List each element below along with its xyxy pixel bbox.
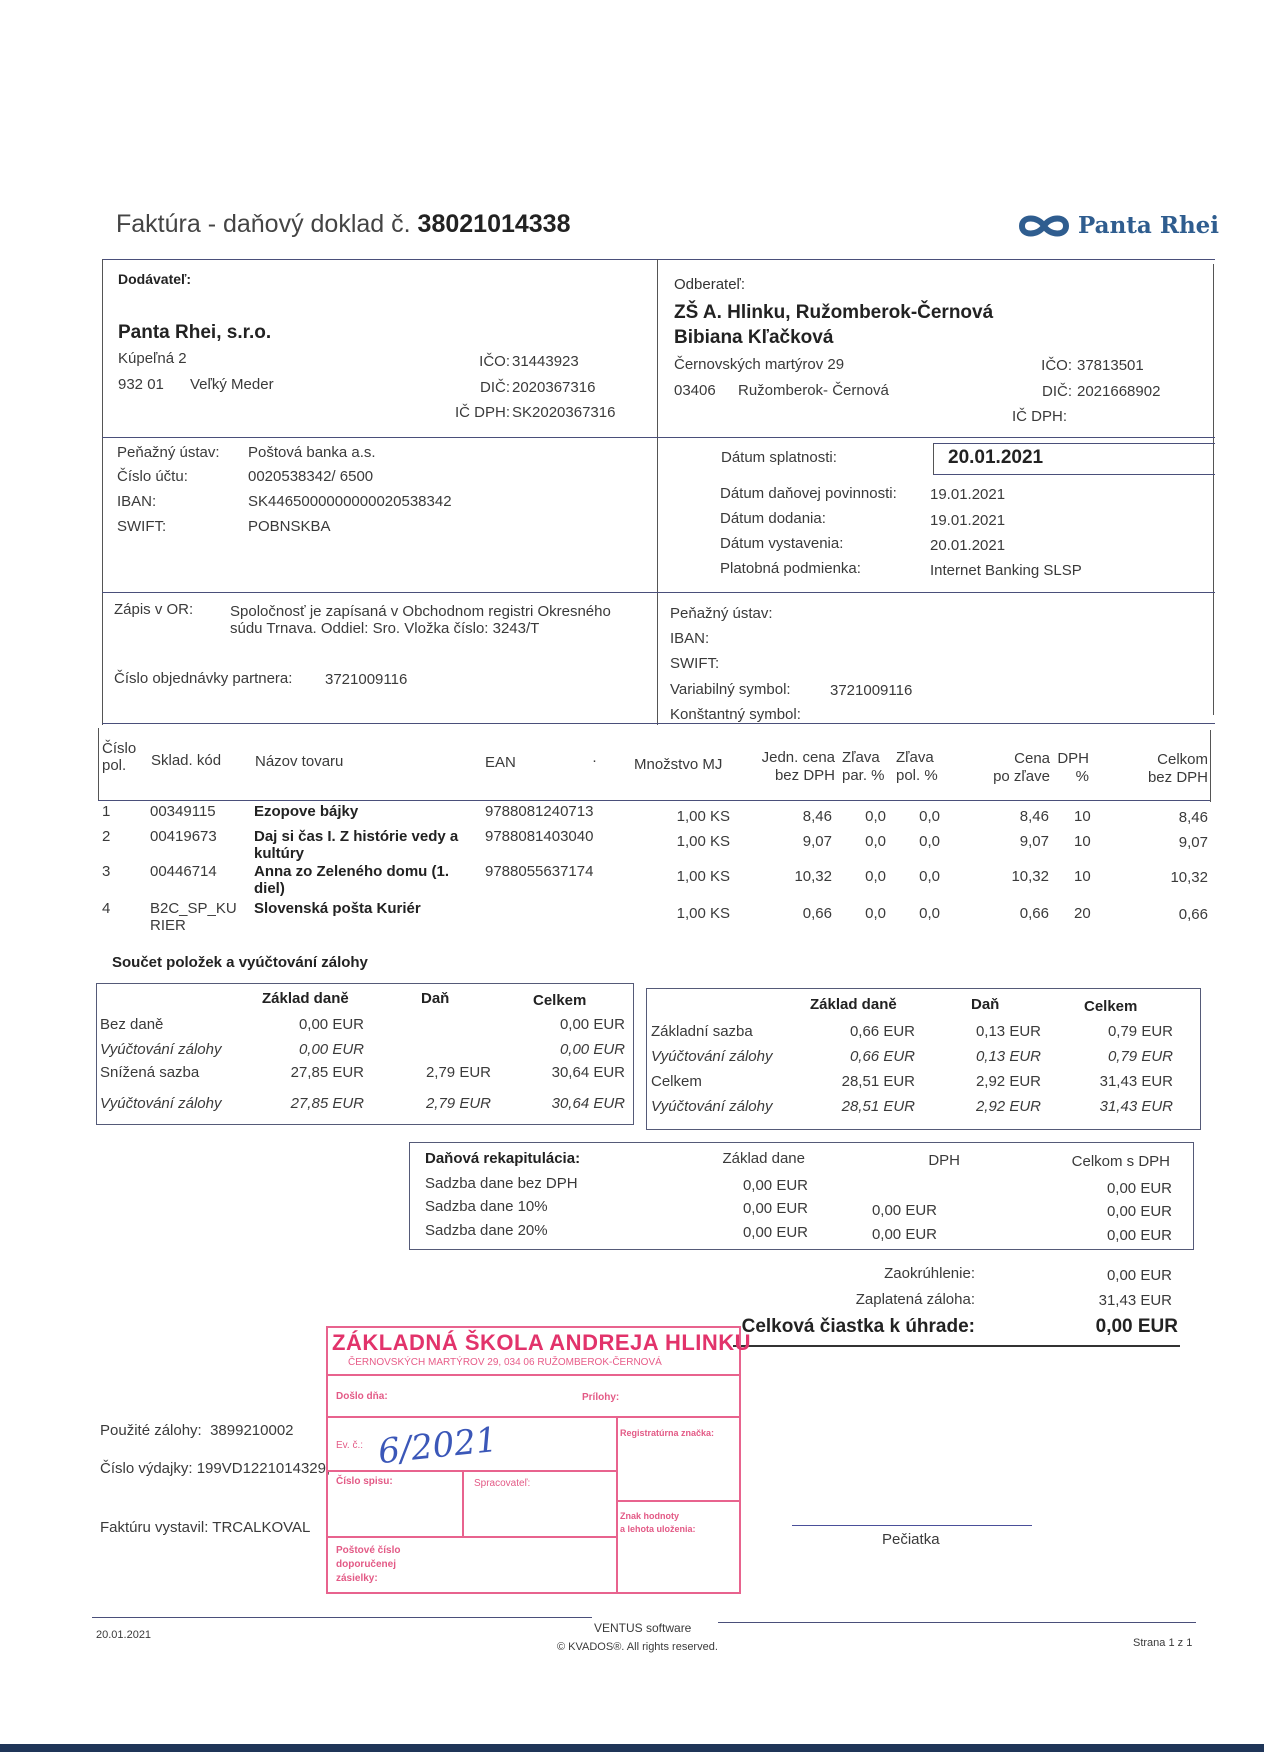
summary-row-label: Bez daně	[100, 1016, 163, 1033]
recap-header-total: Celkom s DPH	[1030, 1153, 1170, 1170]
recap-title: Daňová rekapitulácia:	[425, 1150, 580, 1167]
supplier-label: Dodávateľ:	[118, 271, 191, 287]
variable-symbol-label: Variabilný symbol:	[670, 681, 791, 698]
recap-row-label: Sadzba dane bez DPH	[425, 1175, 578, 1192]
item-code: B2C_SP_KU	[150, 900, 237, 917]
supplier-ico: 31443923	[512, 353, 579, 370]
supplier-dic-label: DIČ:	[440, 379, 510, 396]
summary-row-base: 28,51 EUR	[795, 1073, 915, 1090]
delivery-date: 19.01.2021	[930, 512, 1005, 529]
header-code: Sklad. kód	[151, 752, 221, 769]
used-advances: Použité zálohy: 3899210002	[100, 1422, 294, 1439]
header-price: Cenapo zľave	[975, 750, 1050, 786]
title-prefix: Faktúra - daňový doklad č.	[116, 210, 411, 238]
summary-row-tax: 0,13 EUR	[921, 1023, 1041, 1040]
stamp-title: ZÁKLADNÁ ŠKOLA ANDREJA HLINKU	[332, 1330, 751, 1356]
logo-text: Panta Rhei	[1078, 212, 1219, 239]
recap-row-base: 0,00 EUR	[680, 1224, 808, 1241]
item-vat: 20	[1074, 905, 1091, 922]
dispatch-number: Číslo výdajky: 199VD1221014329,	[100, 1460, 330, 1477]
item-price: 0,66	[975, 905, 1049, 922]
item-qty: 1,00 KS	[640, 808, 730, 825]
tax-date-label: Dátum daňovej povinnosti:	[720, 485, 897, 502]
invoice-number: 38021014338	[418, 210, 571, 238]
summary-header-tax: Daň	[421, 990, 449, 1007]
item-name-cont: diel)	[254, 880, 285, 897]
supplier-icdph: SK2020367316	[512, 404, 615, 421]
item-qty: 1,00 KS	[640, 833, 730, 850]
summary-row-tax: 2,79 EUR	[371, 1095, 491, 1112]
item-price: 9,07	[975, 833, 1049, 850]
stamp-received-label: Došlo dňa:	[336, 1391, 388, 1402]
summary-row-base: 28,51 EUR	[795, 1098, 915, 1115]
item-pos: 2	[102, 828, 110, 845]
stamp-caption: Pečiatka	[882, 1531, 940, 1548]
summary-row-label: Celkem	[651, 1073, 702, 1090]
variable-symbol: 3721009116	[830, 682, 912, 699]
issue-date-label: Dátum vystavenia:	[720, 535, 843, 552]
stamp-ev-label: Ev. č.:	[336, 1440, 363, 1451]
item-ean: 9788081240713	[485, 803, 593, 820]
summary-header-total: Celkem	[1084, 998, 1137, 1015]
summary-row-total: 0,00 EUR	[505, 1016, 625, 1033]
stamp-registry-mark-label: Registratúrna značka:	[620, 1428, 714, 1438]
item-unit-price: 10,32	[760, 868, 832, 885]
item-code: 00419673	[150, 828, 217, 845]
item-discount-par: 0,0	[840, 868, 886, 885]
summary-row-total: 31,43 EUR	[1053, 1073, 1173, 1090]
customer-dic-label: DIČ:	[1000, 383, 1072, 400]
bank-account: 0020538342/ 6500	[248, 468, 373, 485]
summary-row-total: 31,43 EUR	[1053, 1098, 1173, 1115]
customer-dic: 2021668902	[1077, 383, 1160, 400]
customer-ico-label: IČO:	[1000, 357, 1072, 374]
item-total: 0,66	[1120, 906, 1208, 923]
payment-term-label: Platobná podmienka:	[720, 560, 861, 577]
summary-row-tax: 2,92 EUR	[921, 1073, 1041, 1090]
summary-row-base: 27,85 EUR	[244, 1064, 364, 1081]
item-total: 8,46	[1120, 809, 1208, 826]
customer-swift-label: SWIFT:	[670, 655, 719, 672]
customer-bank-label: Peňažný ústav:	[670, 605, 773, 622]
registry-line2: súdu Trnava. Oddiel: Sro. Vložka číslo: …	[230, 620, 539, 637]
item-discount-par: 0,0	[840, 808, 886, 825]
advance-label: Zaplatená záloha:	[780, 1291, 975, 1308]
supplier-city: Veľký Meder	[190, 376, 274, 393]
invoice-title: Faktúra - daňový doklad č. 38021014338	[116, 210, 571, 239]
item-code-cont: RIER	[150, 917, 186, 934]
summary-row-label: Vyúčtování zálohy	[100, 1095, 221, 1112]
order-number-label: Číslo objednávky partnera:	[114, 670, 292, 687]
item-total: 10,32	[1120, 869, 1208, 886]
summary-row-label: Vyúčtování zálohy	[100, 1041, 221, 1058]
header-pos: Číslopol.	[102, 740, 136, 774]
summary-row-tax: 0,13 EUR	[921, 1048, 1041, 1065]
item-discount-par: 0,0	[840, 905, 886, 922]
item-vat: 10	[1074, 868, 1091, 885]
summary-row-label: Základní sazba	[651, 1023, 753, 1040]
advance-value: 31,43 EUR	[1050, 1292, 1172, 1309]
item-unit-price: 0,66	[760, 905, 832, 922]
bank-iban-label: IBAN:	[117, 493, 156, 510]
item-vat: 10	[1074, 808, 1091, 825]
item-code: 00446714	[150, 863, 217, 880]
summary-header-base: Základ daně	[810, 996, 897, 1013]
header-qty: Množstvo MJ	[634, 756, 722, 773]
summary-row-label: Vyúčtování zálohy	[651, 1098, 772, 1115]
payment-term: Internet Banking SLSP	[930, 562, 1082, 579]
supplier-street: Kúpeľná 2	[118, 350, 187, 367]
item-unit-price: 8,46	[760, 808, 832, 825]
customer-street: Černovských martýrov 29	[674, 356, 844, 373]
customer-city: Ružomberok- Černová	[738, 382, 889, 399]
bank-institution-label: Peňažný ústav:	[117, 444, 220, 461]
footer-page: Strana 1 z 1	[1133, 1637, 1192, 1649]
item-discount-pol: 0,0	[892, 833, 940, 850]
due-date: 20.01.2021	[948, 447, 1043, 469]
header-disc-par: Zľavapar. %	[842, 749, 885, 785]
footer-date: 20.01.2021	[96, 1629, 151, 1641]
bank-account-label: Číslo účtu:	[117, 468, 188, 485]
summary-row-total: 30,64 EUR	[505, 1064, 625, 1081]
summary-header-base: Základ daně	[262, 990, 349, 1007]
item-name: Slovenská pošta Kuriér	[254, 900, 421, 917]
header-vat: DPH%	[1055, 750, 1089, 786]
recap-header-vat: DPH	[880, 1152, 960, 1169]
stamp-attachments-label: Prílohy:	[582, 1392, 619, 1403]
summary-row-total: 30,64 EUR	[505, 1095, 625, 1112]
issued-by: Faktúru vystavil: TRCALKOVAL	[100, 1519, 310, 1536]
amount-due-value: 0,00 EUR	[1040, 1316, 1178, 1338]
supplier-ico-label: IČO:	[440, 353, 510, 370]
constant-symbol-label: Konštantný symbol:	[670, 706, 801, 723]
stamp-subtitle: ČERNOVSKÝCH MARTÝROV 29, 034 06 RUŽOMBER…	[348, 1357, 662, 1368]
recap-row-vat: 0,00 EUR	[830, 1226, 937, 1243]
item-name: Daj si čas I. Z histórie vedy a	[254, 828, 458, 845]
item-price: 8,46	[975, 808, 1049, 825]
bank-iban: SK4465000000000020538342	[248, 493, 452, 510]
summary-row-total: 0,79 EUR	[1053, 1048, 1173, 1065]
summary-row-base: 0,66 EUR	[795, 1023, 915, 1040]
customer-icdph-label: IČ DPH:	[1012, 408, 1067, 425]
summary-header-total: Celkem	[533, 992, 586, 1009]
header-dot: ·	[592, 752, 597, 769]
recap-row-base: 0,00 EUR	[680, 1177, 808, 1194]
summary-row-base: 0,00 EUR	[244, 1016, 364, 1033]
item-discount-par: 0,0	[840, 833, 886, 850]
recap-row-total: 0,00 EUR	[1030, 1180, 1172, 1197]
summary-row-label: Snížená sazba	[100, 1064, 199, 1081]
footer-copyright: © KVADOS®. All rights reserved.	[557, 1641, 718, 1653]
summary-row-tax: 2,92 EUR	[921, 1098, 1041, 1115]
item-pos: 3	[102, 863, 110, 880]
customer-ico: 37813501	[1077, 357, 1144, 374]
summary-row-tax: 2,79 EUR	[371, 1064, 491, 1081]
header-name: Názov tovaru	[255, 753, 343, 770]
item-discount-pol: 0,0	[892, 868, 940, 885]
summary-row-label: Vyúčtování zálohy	[651, 1048, 772, 1065]
header-unit-price: Jedn. cenabez DPH	[740, 749, 835, 785]
item-discount-pol: 0,0	[892, 905, 940, 922]
summary-row-base: 27,85 EUR	[244, 1095, 364, 1112]
item-vat: 10	[1074, 833, 1091, 850]
summary-row-total: 0,00 EUR	[505, 1041, 625, 1058]
rounding-label: Zaokrúhlenie:	[780, 1265, 975, 1282]
delivery-date-label: Dátum dodania:	[720, 510, 826, 527]
customer-iban-label: IBAN:	[670, 630, 709, 647]
item-pos: 4	[102, 900, 110, 917]
summary-row-base: 0,00 EUR	[244, 1041, 364, 1058]
item-qty: 1,00 KS	[640, 868, 730, 885]
registry-stamp: ZÁKLADNÁ ŠKOLA ANDREJA HLINKU ČERNOVSKÝC…	[326, 1326, 741, 1594]
tax-date: 19.01.2021	[930, 486, 1005, 503]
item-total: 9,07	[1120, 834, 1208, 851]
supplier-name: Panta Rhei, s.r.o.	[118, 322, 271, 344]
stamp-value-label: Znak hodnotya lehota uloženia:	[620, 1510, 696, 1536]
item-unit-price: 9,07	[760, 833, 832, 850]
item-ean: 9788055637174	[485, 863, 593, 880]
item-discount-pol: 0,0	[892, 808, 940, 825]
item-name: Anna zo Zeleného domu (1.	[254, 863, 449, 880]
infinity-icon	[1018, 213, 1070, 239]
footer-software: VENTUS software	[594, 1621, 691, 1635]
recap-row-label: Sadzba dane 10%	[425, 1198, 548, 1215]
summary-title: Součet položek a vyúčtování zálohy	[112, 954, 368, 971]
scan-edge	[0, 1744, 1264, 1752]
header-total: Celkombez DPH	[1120, 751, 1208, 787]
supplier-dic: 2020367316	[512, 379, 595, 396]
supplier-zip: 932 01	[118, 376, 164, 393]
item-pos: 1	[102, 803, 110, 820]
recap-row-label: Sadzba dane 20%	[425, 1222, 548, 1239]
item-code: 00349115	[150, 803, 216, 820]
stamp-file-label: Číslo spisu:	[336, 1476, 393, 1487]
bank-swift: POBNSKBA	[248, 518, 331, 535]
registry-label: Zápis v OR:	[114, 601, 193, 618]
recap-row-vat: 0,00 EUR	[830, 1202, 937, 1219]
customer-zip: 03406	[674, 382, 716, 399]
registry-line1: Spoločnosť je zapísaná v Obchodnom regis…	[230, 603, 611, 620]
recap-header-base: Základ dane	[680, 1150, 805, 1167]
header-ean: EAN	[485, 754, 516, 771]
summary-row-total: 0,79 EUR	[1053, 1023, 1173, 1040]
customer-name-line2: Bibiana Kľačková	[674, 327, 833, 349]
stamp-ev-handwritten: 6/2021	[376, 1420, 499, 1472]
header-disc-pol: Zľavapol. %	[896, 749, 938, 785]
bank-institution: Poštová banka a.s.	[248, 444, 376, 461]
company-logo: Panta Rhei	[1018, 212, 1219, 239]
recap-row-base: 0,00 EUR	[680, 1200, 808, 1217]
due-date-label: Dátum splatnosti:	[721, 449, 837, 466]
rounding-value: 0,00 EUR	[1050, 1267, 1172, 1284]
supplier-icdph-label: IČ DPH:	[420, 404, 510, 421]
item-qty: 1,00 KS	[640, 905, 730, 922]
recap-row-total: 0,00 EUR	[1030, 1227, 1172, 1244]
item-name-cont: kultúry	[254, 845, 304, 862]
order-number: 3721009116	[325, 671, 407, 688]
item-name: Ezopove bájky	[254, 803, 358, 820]
customer-name-line1: ZŠ A. Hlinku, Ružomberok-Černová	[674, 302, 993, 324]
summary-row-base: 0,66 EUR	[795, 1048, 915, 1065]
recap-row-total: 0,00 EUR	[1030, 1203, 1172, 1220]
customer-label: Odberateľ:	[674, 276, 745, 293]
stamp-post-label: Poštové číslodoporučenejzásielky:	[336, 1544, 400, 1586]
bank-swift-label: SWIFT:	[117, 518, 166, 535]
item-price: 10,32	[975, 868, 1049, 885]
item-ean: 9788081403040	[485, 828, 593, 845]
stamp-handler-label: Spracovateľ:	[474, 1478, 530, 1489]
issue-date: 20.01.2021	[930, 537, 1005, 554]
summary-header-tax: Daň	[971, 996, 999, 1013]
